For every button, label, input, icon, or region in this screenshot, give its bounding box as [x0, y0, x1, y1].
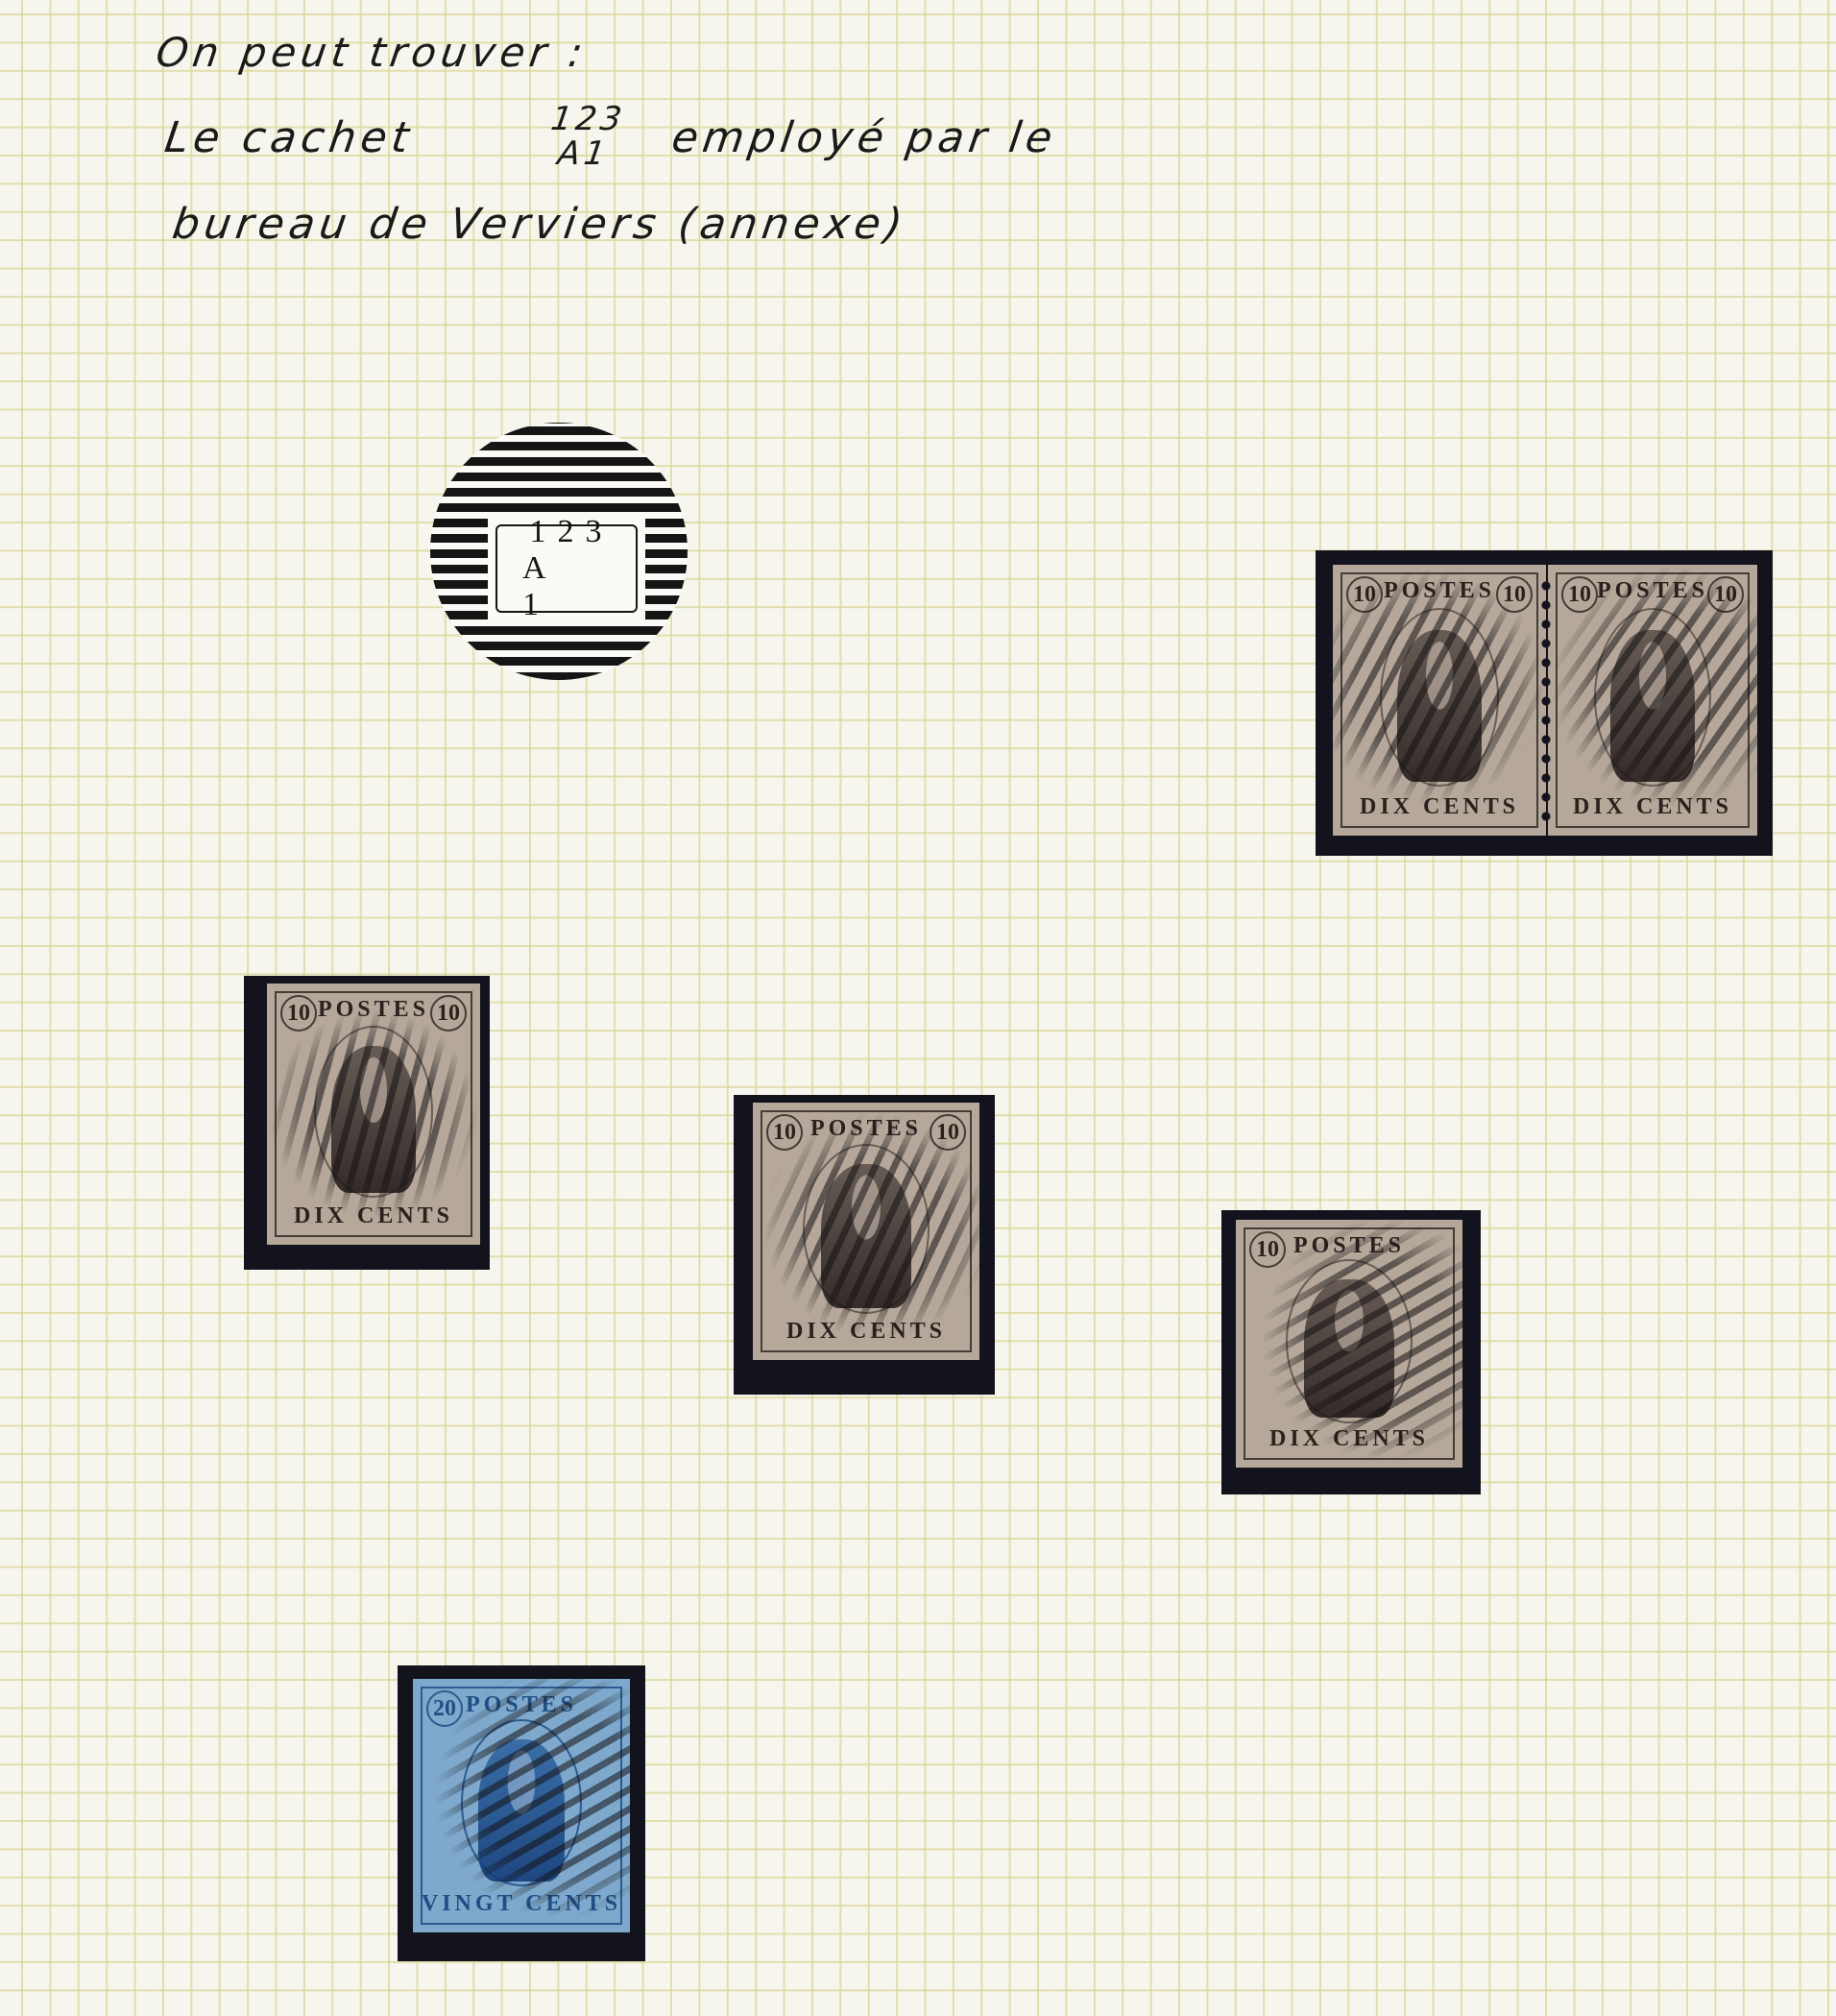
cancel-bars [413, 1679, 630, 1932]
fraction-bottom: A1 [533, 134, 635, 173]
fraction-top: 123 [538, 100, 640, 138]
stamp-pair-right: 10 10 POSTES DIX CENTS [1548, 565, 1757, 836]
cancel-bars [1236, 1220, 1462, 1468]
cancel-bars [1333, 565, 1546, 836]
postmark-illustration: 123 A 1 [430, 423, 688, 680]
note-line-2-suffix: employé par le [668, 113, 1060, 162]
postmark-box: 123 A 1 [488, 517, 645, 620]
stamp-pair-left: 10 10 POSTES DIX CENTS [1333, 565, 1546, 836]
postmark-letter: A 1 [497, 550, 636, 623]
stamp-2: 10 10 POSTES DIX CENTS [753, 1103, 979, 1360]
stamp-3: 10 POSTES DIX CENTS [1236, 1220, 1462, 1468]
note-cancel-fraction: 123 A1 [533, 100, 640, 173]
cancel-bars [1548, 565, 1757, 836]
perforation-line [1537, 576, 1555, 828]
stamp-1: 10 10 POSTES DIX CENTS [267, 984, 480, 1245]
cancel-bars [267, 984, 480, 1245]
stamp-4: 20 POSTES VINGT CENTS [413, 1679, 630, 1932]
cancel-bars [753, 1103, 979, 1360]
postmark-number: 123 [520, 514, 614, 550]
note-line-3: bureau de Verviers (annexe) [169, 200, 909, 249]
note-line-2-prefix: Le cachet [161, 113, 416, 162]
note-line-1: On peut trouver : [154, 29, 591, 76]
